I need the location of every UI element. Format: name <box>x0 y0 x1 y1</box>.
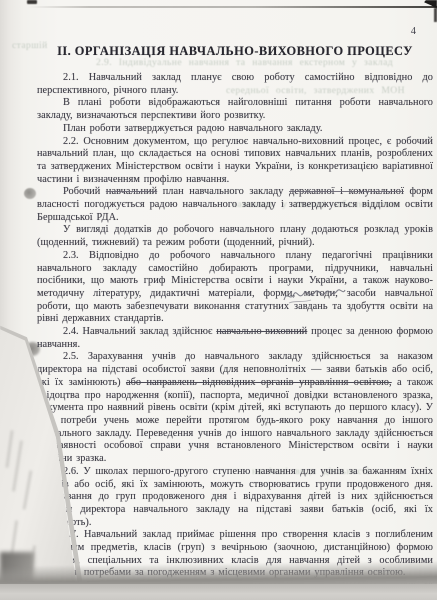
struck-text: навчальний <box>106 186 157 197</box>
paragraphs: 2.1. Навчальний заклад планує свою робот… <box>37 72 433 600</box>
paragraph: 2.2. Основним документом, що регулює нав… <box>37 136 433 187</box>
page-stack-edge <box>0 584 437 600</box>
paragraph: План роботи затверджується радою навчаль… <box>37 123 433 136</box>
paragraph: У вигляді додатків до робочого навчально… <box>37 224 433 249</box>
struck-text: або направлень відповідних органів управ… <box>126 377 392 388</box>
section-title: ІІ. ОРГАНІЗАЦІЯ НАВЧАЛЬНО-ВИХОВНОГО ПРОЦ… <box>37 0 433 72</box>
paragraph: 2.4. Навчальний заклад здійснює навчальн… <box>37 326 433 351</box>
scan-corner-mark <box>27 0 37 4</box>
paragraph: 2.1. Навчальний заклад планує свою робот… <box>37 72 433 97</box>
paragraph: Робочий навчальний план навчального закл… <box>37 186 433 224</box>
paragraph: 2.5. Зарахування учнів до навчального за… <box>37 351 433 465</box>
paragraph-text: 2.3. Відповідно до робочого навчального … <box>37 250 433 325</box>
paragraph-text: 2.4. Навчальний заклад здійснює <box>63 326 216 337</box>
paragraph-text: План роботи затверджується радою навчаль… <box>63 123 323 134</box>
page-content: ІІ. ОРГАНІЗАЦІЯ НАВЧАЛЬНО-ВИХОВНОГО ПРОЦ… <box>37 0 433 600</box>
paragraph-text: У вигляді додатків до робочого навчально… <box>37 224 433 248</box>
paragraph: 2.6. У школах першого-другого ступеню на… <box>37 466 433 530</box>
paragraph-text: план навчального закладу <box>157 186 289 197</box>
paragraph-text: а також свідоцтва про народження (копії)… <box>37 377 433 464</box>
paragraph-text: Робочий <box>63 186 106 197</box>
paragraph: 2.3. Відповідно до робочого навчального … <box>37 250 433 326</box>
scanned-document-page: старшій 2.9. Індивідуальне навчання та н… <box>0 0 437 600</box>
paragraph-text: 2.1. Навчальний заклад планує свою робот… <box>37 72 433 96</box>
paragraph-text: В плані роботи відображаються найголовні… <box>37 97 433 121</box>
handwritten-scribble <box>281 285 347 307</box>
struck-text: навчально-виховний <box>216 326 307 337</box>
hole-punch-mark <box>24 188 36 199</box>
paragraph-text: 2.6. У школах першого-другого ступеню на… <box>37 466 433 528</box>
struck-text: державної і комунальної <box>289 186 404 197</box>
paragraph: В плані роботи відображаються найголовні… <box>37 97 433 122</box>
paragraph-text: 2.2. Основним документом, що регулює нав… <box>37 136 433 185</box>
